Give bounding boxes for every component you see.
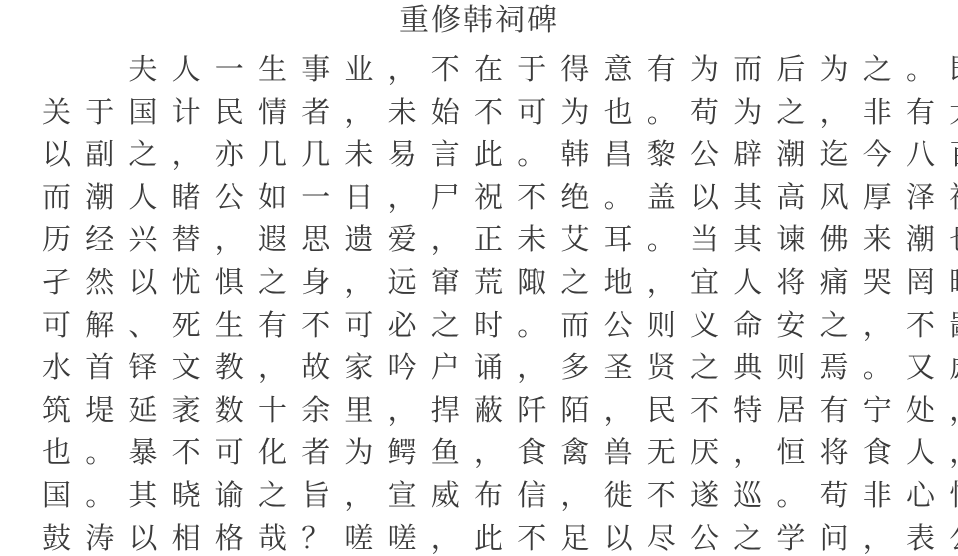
text-line: 历经兴替，遐思遗爱，正未艾耳。当其谏佛来潮也，所谓不得于君， [42,218,922,261]
document-title: 重修韩祠碑 [0,2,958,40]
text-line: 筑堤延袤数十余里，捍蔽阡陌，民不特居有宁处，且变洼地为膏腴 [42,389,922,432]
document-body: 夫人一生事业，不在于得意有为而后为之。即死生患难中，其 关于国计民情者，未始不可… [42,48,922,556]
text-line: 以副之，亦几几未易言此。韩昌黎公辟潮迄今八百四十有八年矣， [42,133,922,176]
text-line: 国。其晓谕之旨，宣威布信，徙不遂巡。苟非心悦诚服，能保其不 [42,474,922,517]
text-line: 也。暴不可化者为鳄鱼，食禽兽无厌，恒将食人，公以一檄驱之海 [42,431,922,474]
text-line: 而潮人睹公如一日，尸祝不绝。盖以其高风厚泽被溢于人者深，虽 [42,176,922,219]
text-line: 可解、死生有不可必之时。而公则义命安之，不鄙顽俗，师属赵天 [42,304,922,347]
text-line: 关于国计民情者，未始不可为也。苟为之，非有大识力而学问又足 [42,91,922,134]
text-line: 孑然以忧惧之身，远窜荒陬之地，宜人将痛哭罔暇，自信患难有不 [42,261,922,304]
text-line: 水首铎文教，故家吟户诵，多圣贤之典则焉。又虑河水冲浸不常， [42,346,922,389]
text-line: 鼓涛以相格哉？嗟嗟，此不足以尽公之学问，表公之识力。独是居 [42,517,922,556]
text-line: 夫人一生事业，不在于得意有为而后为之。即死生患难中，其 [42,48,922,91]
